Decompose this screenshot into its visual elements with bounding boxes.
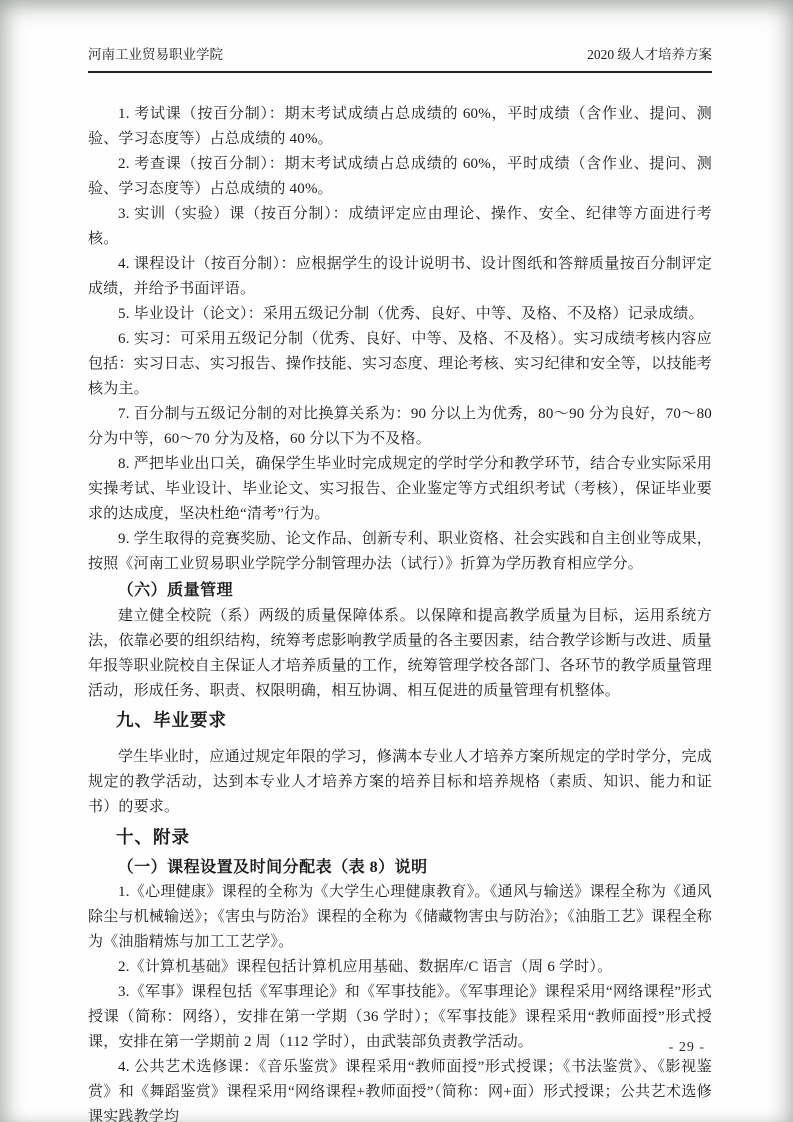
grading-item-4: 4. 课程设计（按百分制）：应根据学生的设计说明书、设计图纸和答辩质量按百分制评… [88, 252, 712, 302]
appendix-heading: 十、附录 [88, 823, 712, 851]
header-program-title: 2020 级人才培养方案 [587, 46, 712, 64]
grading-item-8: 8. 严把毕业出口关，确保学生毕业时完成规定的学时学分和教学环节，结合专业实际采… [88, 452, 712, 527]
quality-management-paragraph: 建立健全校院（系）两级的质量保障体系。以保障和提高教学质量为目标，运用系统方法，… [88, 604, 712, 704]
grading-item-1: 1. 考试课（按百分制）：期末考试成绩占总成绩的 60%，平时成绩（含作业、提问… [88, 102, 712, 152]
page-number: - 29 - [669, 1040, 705, 1056]
appendix-note-3: 3.《军事》课程包括《军事理论》和《军事技能》。《军事理论》课程采用“网络课程”… [88, 980, 712, 1055]
grading-item-9: 9. 学生取得的竞赛奖励、论文作品、创新专利、职业资格、社会实践和自主创业等成果… [88, 527, 712, 577]
appendix-subheading: （一）课程设置及时间分配表（表 8）说明 [88, 855, 712, 880]
document-body: 1. 考试课（按百分制）：期末考试成绩占总成绩的 60%，平时成绩（含作业、提问… [88, 102, 712, 1122]
appendix-note-1: 1.《心理健康》课程的全称为《大学生心理健康教育》。《通风与输送》课程全称为《通… [88, 880, 712, 955]
grading-item-2: 2. 考查课（按百分制）：期末考试成绩占总成绩的 60%，平时成绩（含作业、提问… [88, 152, 712, 202]
header-school-name: 河南工业贸易职业学院 [88, 46, 223, 64]
appendix-note-2: 2.《计算机基础》课程包括计算机应用基础、数据库/C 语言（周 6 学时）。 [88, 955, 712, 980]
grading-item-3: 3. 实训（实验）课（按百分制）：成绩评定应由理论、操作、安全、纪律等方面进行考… [88, 202, 712, 252]
grading-item-7: 7. 百分制与五级记分制的对比换算关系为：90 分以上为优秀，80～90 分为良… [88, 402, 712, 452]
graduation-requirements-paragraph: 学生毕业时，应通过规定年限的学习，修满本专业人才培养方案所规定的学时学分，完成规… [88, 745, 712, 820]
document-page: 河南工业贸易职业学院 2020 级人才培养方案 1. 考试课（按百分制）：期末考… [0, 0, 793, 1122]
grading-item-6: 6. 实习：可采用五级记分制（优秀、良好、中等、及格、不及格）。实习成绩考核内容… [88, 327, 712, 402]
page-header: 河南工业贸易职业学院 2020 级人才培养方案 [88, 46, 712, 73]
appendix-note-4: 4. 公共艺术选修课：《音乐鉴赏》课程采用“教师面授”形式授课；《书法鉴赏》、《… [88, 1055, 712, 1122]
grading-item-5: 5. 毕业设计（论文）：采用五级记分制（优秀、良好、中等、及格、不及格）记录成绩… [88, 302, 712, 327]
graduation-requirements-heading: 九、毕业要求 [88, 706, 712, 734]
quality-management-heading: （六）质量管理 [88, 578, 712, 603]
